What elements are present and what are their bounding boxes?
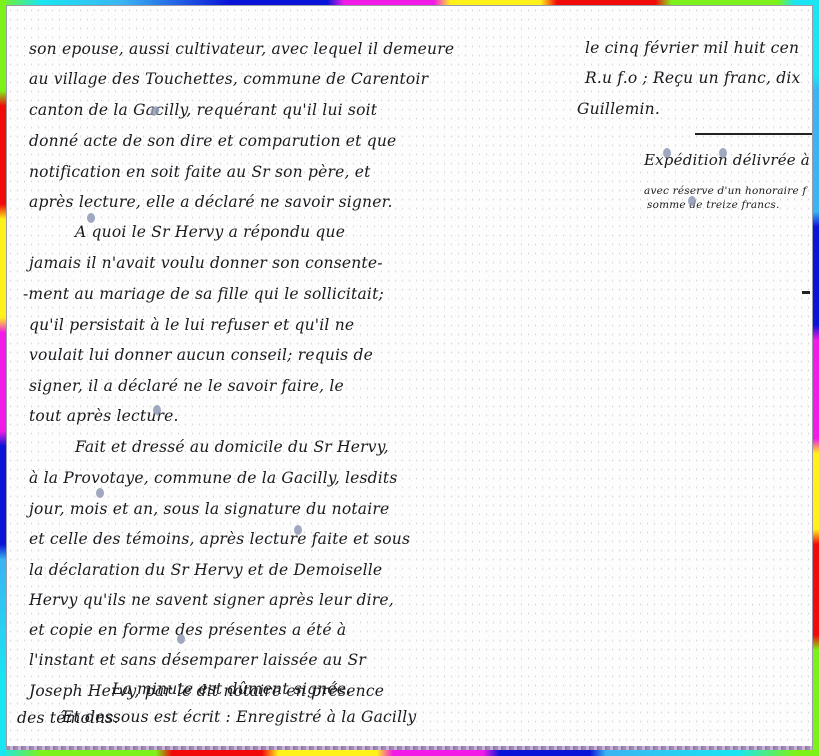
scan-edge-strip [7, 746, 812, 750]
text-line: Fait et dressé au domicile du Sr Hervy, [75, 438, 389, 456]
text-line: et celle des témoins, après lecture fait… [29, 530, 410, 548]
text-line: la déclaration du Sr Hervy et de Demoise… [29, 561, 382, 579]
ink-blot [719, 148, 727, 158]
text-line: à la Provotaye, commune de la Gacilly, l… [29, 469, 398, 487]
ink-blot [294, 525, 302, 535]
text-line: canton de la Gacilly, requérant qu'il lu… [29, 101, 377, 119]
ink-blot [96, 488, 104, 498]
text-line: Et dessous est écrit : Enregistré à la G… [62, 708, 416, 726]
text-line: Hervy qu'ils ne savent signer après leur… [29, 591, 394, 609]
ink-blot [177, 634, 185, 644]
text-line: après lecture, elle a déclaré ne savoir … [29, 193, 393, 211]
ink-blot [87, 213, 95, 223]
text-line: donné acte de son dire et comparution et… [29, 132, 396, 150]
text-line: voulait lui donner aucun conseil; requis… [29, 346, 373, 364]
ink-blot [688, 196, 696, 206]
text-line: jamais il n'avait voulu donner son conse… [29, 254, 383, 272]
ink-blot [153, 405, 161, 415]
text-line: qu'il persistait à le lui refuser et qu'… [29, 316, 354, 334]
annotation-line: avec réserve d'un honoraire f [644, 185, 807, 197]
text-line: notification en soit faite au Sr son pèr… [29, 163, 371, 181]
text-line: au village des Touchettes, commune de Ca… [29, 70, 428, 88]
text-line: Guillemin. [577, 100, 660, 118]
annotation-line: somme de treize francs. [647, 199, 779, 211]
text-line: son epouse, aussi cultivateur, avec lequ… [29, 40, 454, 58]
text-line: jour, mois et an, sous la signature du n… [29, 500, 389, 518]
text-line: signer, il a déclaré ne le savoir faire,… [29, 377, 344, 395]
frame-right-edge [813, 0, 819, 756]
text-line: A quoi le Sr Hervy a répondu que [75, 223, 345, 241]
margin-mark [802, 291, 810, 294]
manuscript-page: son epouse, aussi cultivateur, avec lequ… [7, 6, 812, 746]
frame-bottom-edge [0, 750, 819, 756]
text-line: -ment au mariage de sa fille qui le soll… [23, 285, 384, 303]
text-line: l'instant et sans désemparer laissée au … [29, 651, 366, 669]
text-line: et copie en forme des présentes a été à [29, 621, 346, 639]
text-line: le cinq février mil huit cen [585, 39, 799, 57]
text-line: La minute est dûment signée. [112, 680, 351, 698]
separator-rule [695, 133, 812, 135]
text-line: R.u f.o ; Reçu un franc, dix [585, 69, 800, 87]
ink-blot [663, 148, 671, 158]
